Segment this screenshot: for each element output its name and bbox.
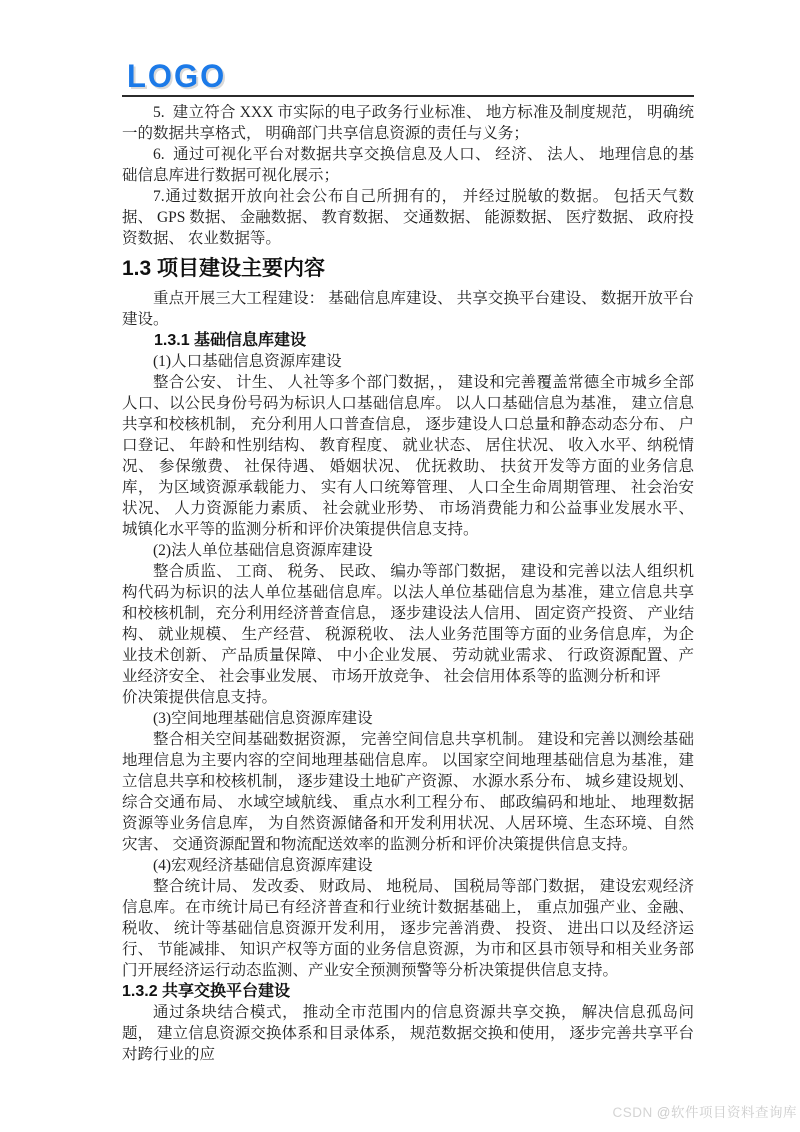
watermark-brand: CSDN	[613, 1105, 653, 1120]
paragraph-geospatial-body: 整合相关空间基础数据资源， 完善空间信息共享机制。 建设和完善以测绘基础地理信息…	[122, 729, 694, 855]
paragraph-population-title: (1)人口基础信息资源库建设	[122, 351, 694, 372]
paragraph-legal-entity-continuation: 价决策提供信息支持。	[122, 687, 694, 708]
watermark-author: @软件项目资料查询库	[657, 1105, 797, 1120]
logo: LOGO	[127, 61, 226, 92]
paragraph-legal-entity-title: (2)法人单位基础信息资源库建设	[122, 540, 694, 561]
paragraph-overview: 重点开展三大工程建设： 基础信息库建设、 共享交换平台建设、 数据开放平台建设。	[122, 288, 694, 330]
paragraph-exchange-platform-body: 通过条块结合模式， 推动全市范围内的信息资源共享交换， 解决信息孤岛问题， 建立…	[122, 1002, 694, 1065]
section-heading-1-3: 1.3 项目建设主要内容	[122, 255, 694, 282]
document-page: LOGO 5. 建立符合 XXX 市实际的电子政务行业标准、 地方标准及制度规范…	[0, 0, 800, 1132]
paragraph-macroeconomic-title: (4)宏观经济基础信息资源库建设	[122, 855, 694, 876]
paragraph-item-6: 6. 通过可视化平台对数据共享交换信息及人口、 经济、 法人、 地理信息的基础信…	[122, 144, 694, 186]
watermark: CSDN@软件项目资料查询库	[613, 1104, 797, 1121]
paragraph-macroeconomic-body: 整合统计局、 发改委、 财政局、 地税局、 国税局等部门数据， 建设宏观经济信息…	[122, 876, 694, 981]
paragraph-population-body: 整合公安、 计生、 人社等多个部门数据，， 建设和完善覆盖常德全市城乡全部人口、…	[122, 372, 694, 540]
paragraph-item-5: 5. 建立符合 XXX 市实际的电子政务行业标准、 地方标准及制度规范， 明确统…	[122, 102, 694, 144]
paragraph-legal-entity-body: 整合质监、 工商、 税务、 民政、 编办等部门数据， 建设和完善以法人组织机构代…	[122, 561, 694, 687]
subsection-heading-1-3-2: 1.3.2 共享交换平台建设	[122, 981, 694, 1002]
document-body: 5. 建立符合 XXX 市实际的电子政务行业标准、 地方标准及制度规范， 明确统…	[122, 102, 694, 1065]
paragraph-item-7: 7.通过数据开放向社会公布自己所拥有的， 并经过脱敏的数据。 包括天气数据、 G…	[122, 186, 694, 249]
subsection-heading-1-3-1: 1.3.1 基础信息库建设	[122, 330, 694, 351]
page-header: LOGO	[122, 62, 694, 97]
paragraph-geospatial-title: (3)空间地理基础信息资源库建设	[122, 708, 694, 729]
